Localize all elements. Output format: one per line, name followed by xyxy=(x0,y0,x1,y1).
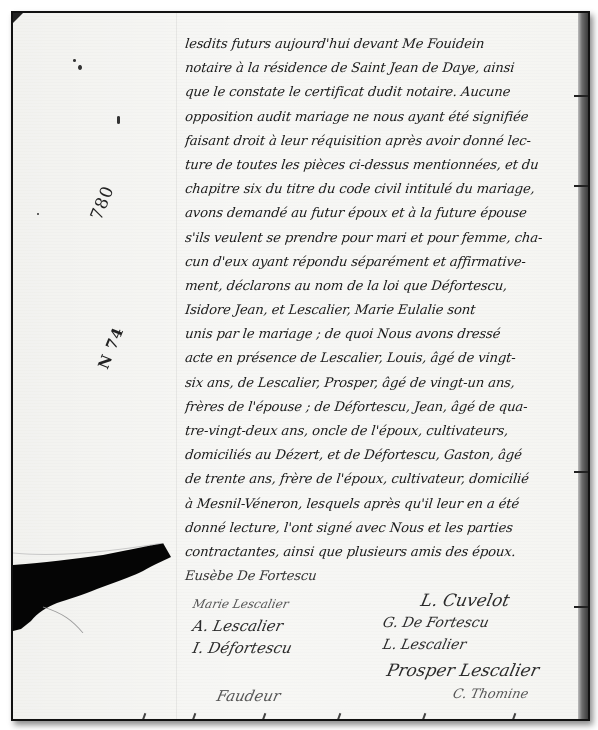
signature-right-2: G. De Fortescu xyxy=(381,615,490,631)
body-line: cun d'eux ayant répondu séparément et af… xyxy=(184,251,579,275)
torn-damage xyxy=(13,543,188,633)
signature-left-3: I. Défortescu xyxy=(191,639,294,657)
body-line: ment, déclarons au nom de la loi que Déf… xyxy=(184,275,579,299)
ink-speck xyxy=(37,213,39,215)
ink-speck xyxy=(78,65,82,70)
cut-off-next-line xyxy=(133,713,553,721)
body-line: unis par le mariage ; de quoi Nous avons… xyxy=(184,323,579,347)
ink-speck xyxy=(117,116,120,124)
body-line: donné lecture, l'ont signé avec Nous et … xyxy=(184,517,579,541)
body-line: ture de toutes les pièces ci-dessus ment… xyxy=(184,154,579,178)
body-line: frères de l'épouse ; de Défortescu, Jean… xyxy=(184,396,579,420)
body-line: s'ils veulent se prendre pour mari et po… xyxy=(184,227,579,251)
body-line: acte en présence de Lescalier, Louis, âg… xyxy=(184,347,579,371)
signature-right-5: C. Thomine xyxy=(451,687,529,702)
signature-left-1: Marie Lescalier xyxy=(192,597,291,611)
body-line: six ans, de Lescalier, Prosper, âgé de v… xyxy=(184,372,579,396)
body-line: domiciliés au Dézert, et de Défortescu, … xyxy=(184,444,579,468)
body-line: lesdits futurs aujourd'hui devant Me Fou… xyxy=(184,33,579,57)
body-line: contractantes, ainsi que plusieurs amis … xyxy=(184,541,579,565)
body-line: chapitre six du titre du code civil inti… xyxy=(184,178,579,202)
signature-right-4: Prosper Lescalier xyxy=(385,661,541,681)
body-line: de trente ans, frère de l'époux, cultiva… xyxy=(184,468,579,492)
corner-fold xyxy=(13,13,23,23)
signature-left-4: Faudeur xyxy=(215,687,282,705)
body-line: notaire à la résidence de Saint Jean de … xyxy=(184,57,579,81)
signatures-block: Marie Lescalier A. Lescalier I. Défortes… xyxy=(193,591,573,721)
document-scan: 780 N 74 lesdits futurs aujourd'hui deva… xyxy=(11,11,590,721)
signature-left-2: A. Lescalier xyxy=(191,617,285,635)
body-line: Isidore Jean, et Lescalier, Marie Eulali… xyxy=(184,299,579,323)
body-line: que le constate le certificat dudit nota… xyxy=(184,81,579,105)
body-line: Eusèbe De Fortescu xyxy=(184,565,579,589)
ink-speck xyxy=(73,59,76,62)
handwritten-body: lesdits futurs aujourd'hui devant Me Fou… xyxy=(185,33,577,589)
body-line: tre-vingt-deux ans, oncle de l'époux, cu… xyxy=(184,420,579,444)
body-line: avons demandé au futur époux et à la fut… xyxy=(184,202,579,226)
signature-right-3: L. Lescalier xyxy=(381,637,467,653)
page-edge-shadow xyxy=(578,13,588,719)
body-line: faisant droit à leur réquisition après a… xyxy=(184,130,579,154)
body-line: opposition audit mariage ne nous ayant é… xyxy=(184,106,579,130)
body-line: à Mesnil-Véneron, lesquels après qu'il l… xyxy=(184,493,579,517)
signature-right-1: L. Cuvelot xyxy=(419,591,511,611)
